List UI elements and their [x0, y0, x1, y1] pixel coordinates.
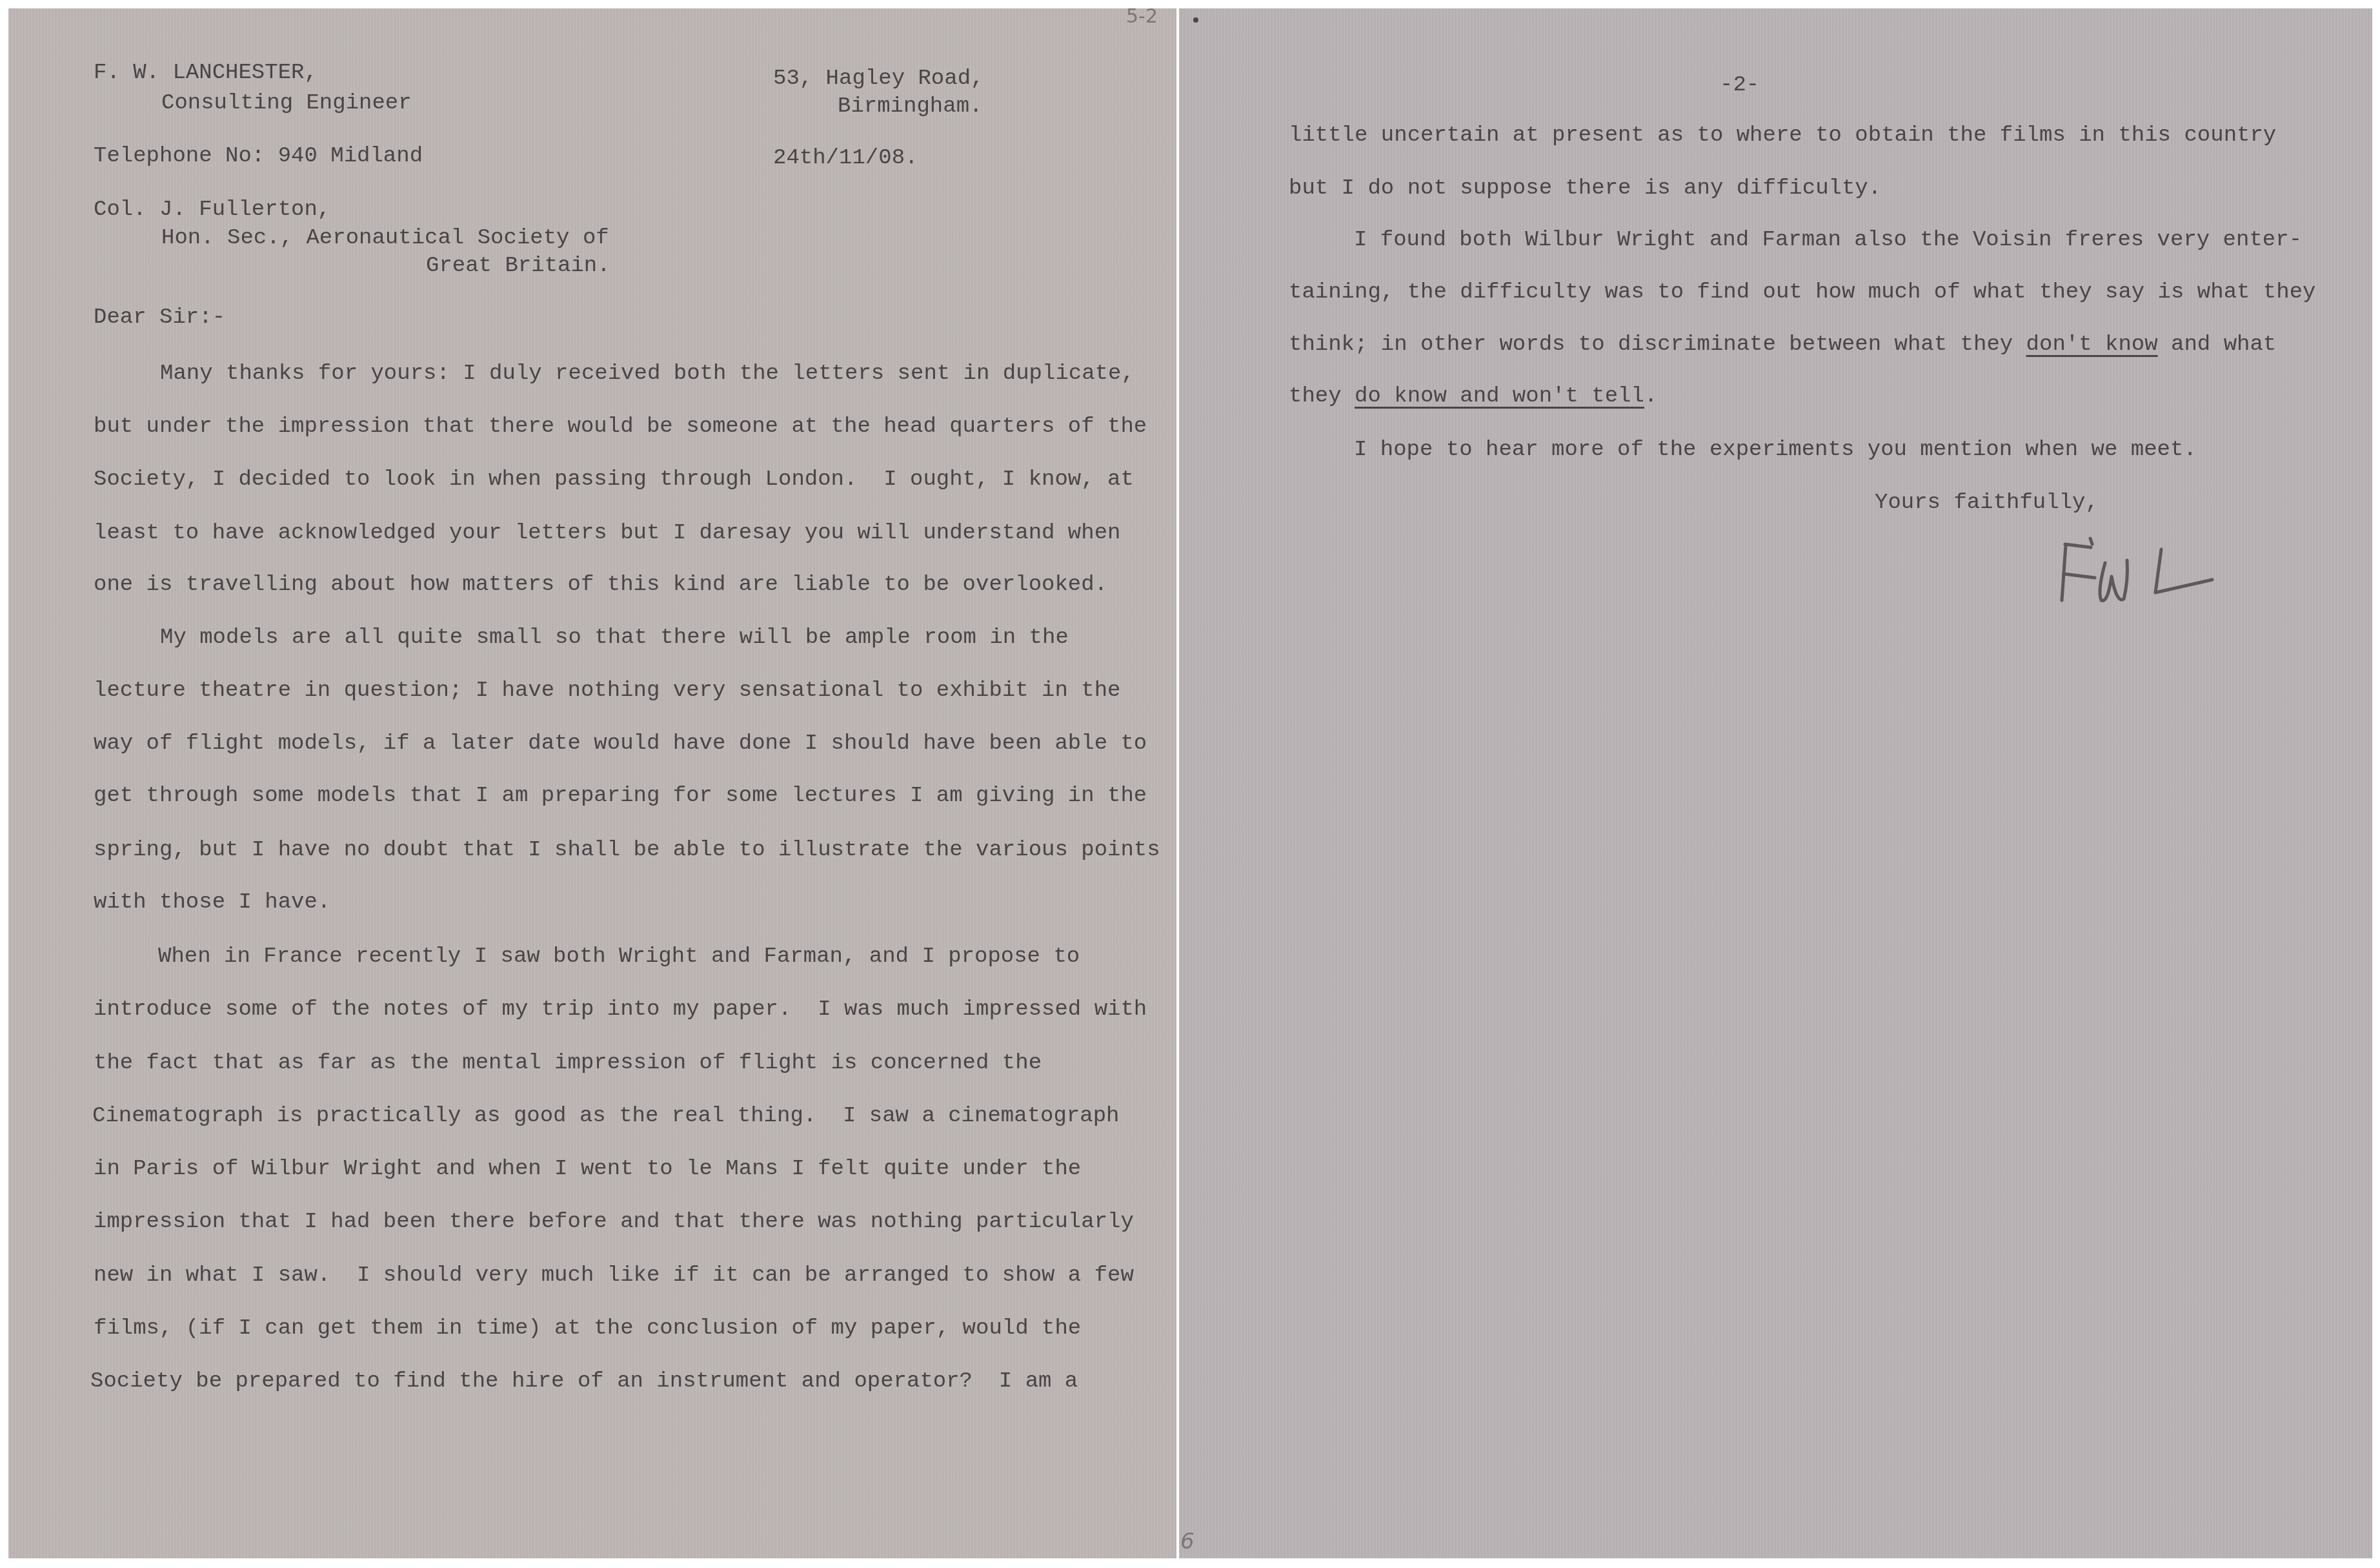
handwritten-signature-icon	[0, 0, 2380, 1568]
footer-pencil-mark: 6	[1180, 1529, 1195, 1554]
